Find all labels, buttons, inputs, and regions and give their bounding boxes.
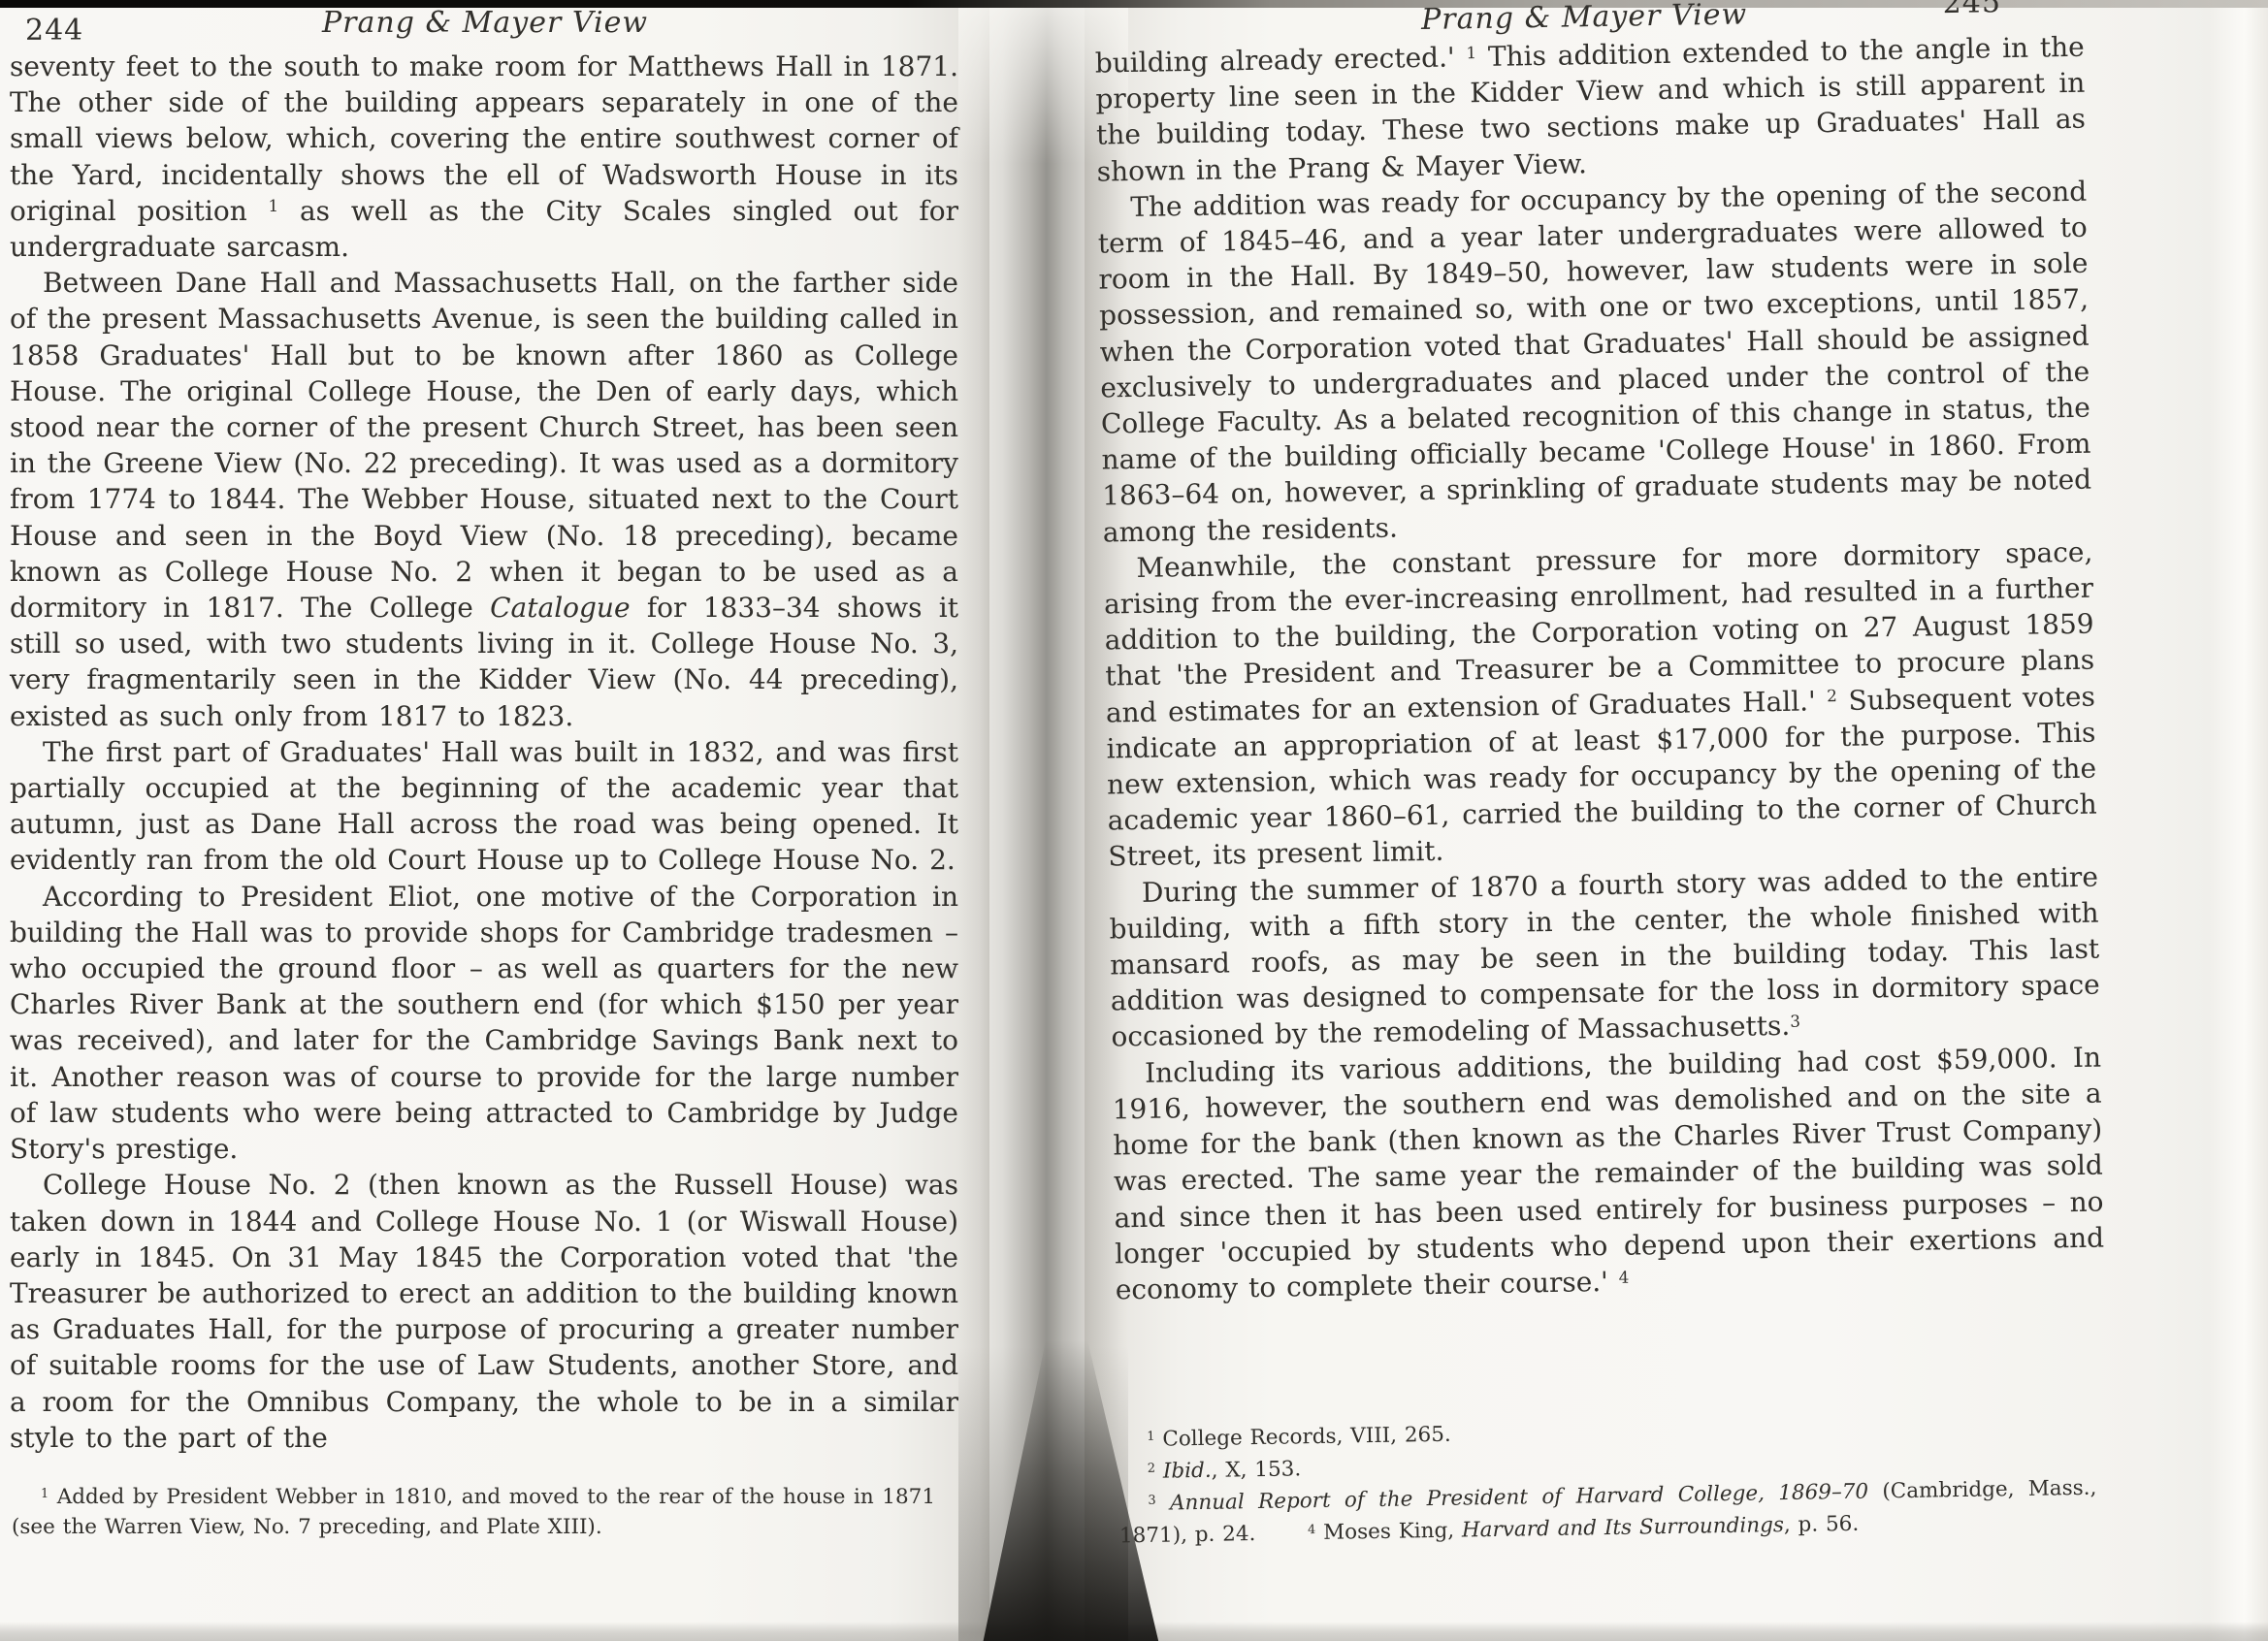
paragraph: building already erected.' 1 This additi… [1095,29,2087,190]
left-page-text: seventy feet to the south to make room f… [10,48,958,1456]
right-page-footnotes: 1 College Records, VIII, 265.2 Ibid., X,… [1118,1408,2097,1553]
left-page-footnotes: 1 Added by President Webber in 1810, and… [12,1482,935,1542]
left-page: 244 Prang & Mayer View seventy feet to t… [0,0,989,1641]
paragraph: College House No. 2 (then known as the R… [10,1167,958,1456]
paragraph: Meanwhile, the constant pressure for mor… [1103,533,2097,875]
paragraph: Between Dane Hall and Massachusetts Hall… [10,265,958,734]
book-spread: 244 Prang & Mayer View seventy feet to t… [0,0,2268,1641]
right-page-text: building already erected.' 1 This additi… [1095,29,2105,1308]
footnote: 1 Added by President Webber in 1810, and… [12,1482,935,1542]
right-page-content: Prang & Mayer View 245 building already … [1085,0,2125,1641]
paragraph: During the summer of 1870 a fourth story… [1109,858,2101,1055]
paragraph: The addition was ready for occupancy by … [1097,173,2092,550]
right-page-number: 245 [1942,0,2001,20]
paragraph: Including its various additions, the bui… [1112,1039,2105,1307]
left-running-head: Prang & Mayer View [0,6,970,40]
paragraph: seventy feet to the south to make room f… [10,48,958,265]
paragraph: The first part of Graduates' Hall was bu… [10,734,958,879]
paragraph: According to President Eliot, one motive… [10,879,958,1168]
